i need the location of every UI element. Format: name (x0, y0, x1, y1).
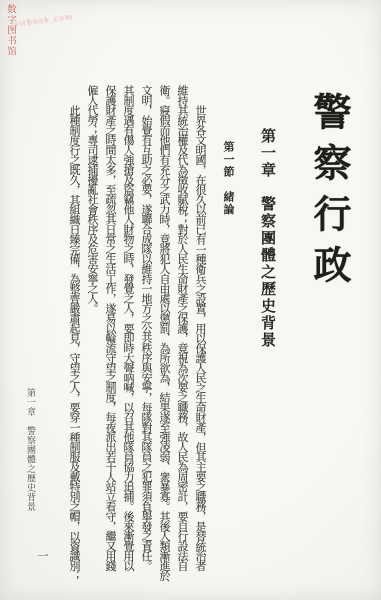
body-column: 衛。寢假而他們有充分之武力時，竟將犯人自由處以懲罰、為所欲為，結果遂至強凌弱、衆… (156, 85, 172, 580)
section-heading: 第一節 緒論 (220, 141, 236, 216)
body-column: 此種制度行之既久，其組織日臻完備，為整齊嚴肅起見，守望之人，要穿一種制服及戴特別… (66, 85, 82, 580)
body-column: 保護財產之時間太多，至疏忽其日常之生活工作，遂易以輪流守望之制度，每夜派出若干人… (102, 85, 118, 570)
book-title: 警察行政 (301, 92, 356, 296)
scanned-book-page: 数字图书馆 virbook.com 警察行政 第一章 警察團體之歷史背景 第一節… (0, 0, 381, 600)
body-column: 世界各文明國，在很久以前已有一種衛兵之設置，用以保護人民之生命財產，但其主要之職… (192, 85, 208, 570)
body-column: 文明，始覺有互助之必要，遂聯合成隊以維持一地方之公共秩序與安寧，每隊對其隊員之犯… (138, 85, 154, 570)
running-head: 第一章 警察團體之歷史背景 (25, 388, 38, 512)
watermark-url-text: virbook.com (14, 12, 74, 28)
body-column: 其制度遇有傷人強搶及盜竊他人財物之時，發覺之人，要即時大聲吶喊，以召其他隊員協力… (120, 85, 136, 570)
chapter-heading: 第一章 警察團體之歷史背景 (257, 128, 278, 349)
watermark-text: 数字图书馆 (3, 4, 17, 57)
page-number: 一 (34, 550, 50, 561)
body-column: 僱人代勞；專司逮捕擾亂社會秩序及危害安寧之人。 (84, 85, 100, 313)
body-column: 維持其統治權及代為徵收賦稅；對於人民生命財產之保護，竟視為次要之職務，故人民為周… (174, 85, 190, 570)
